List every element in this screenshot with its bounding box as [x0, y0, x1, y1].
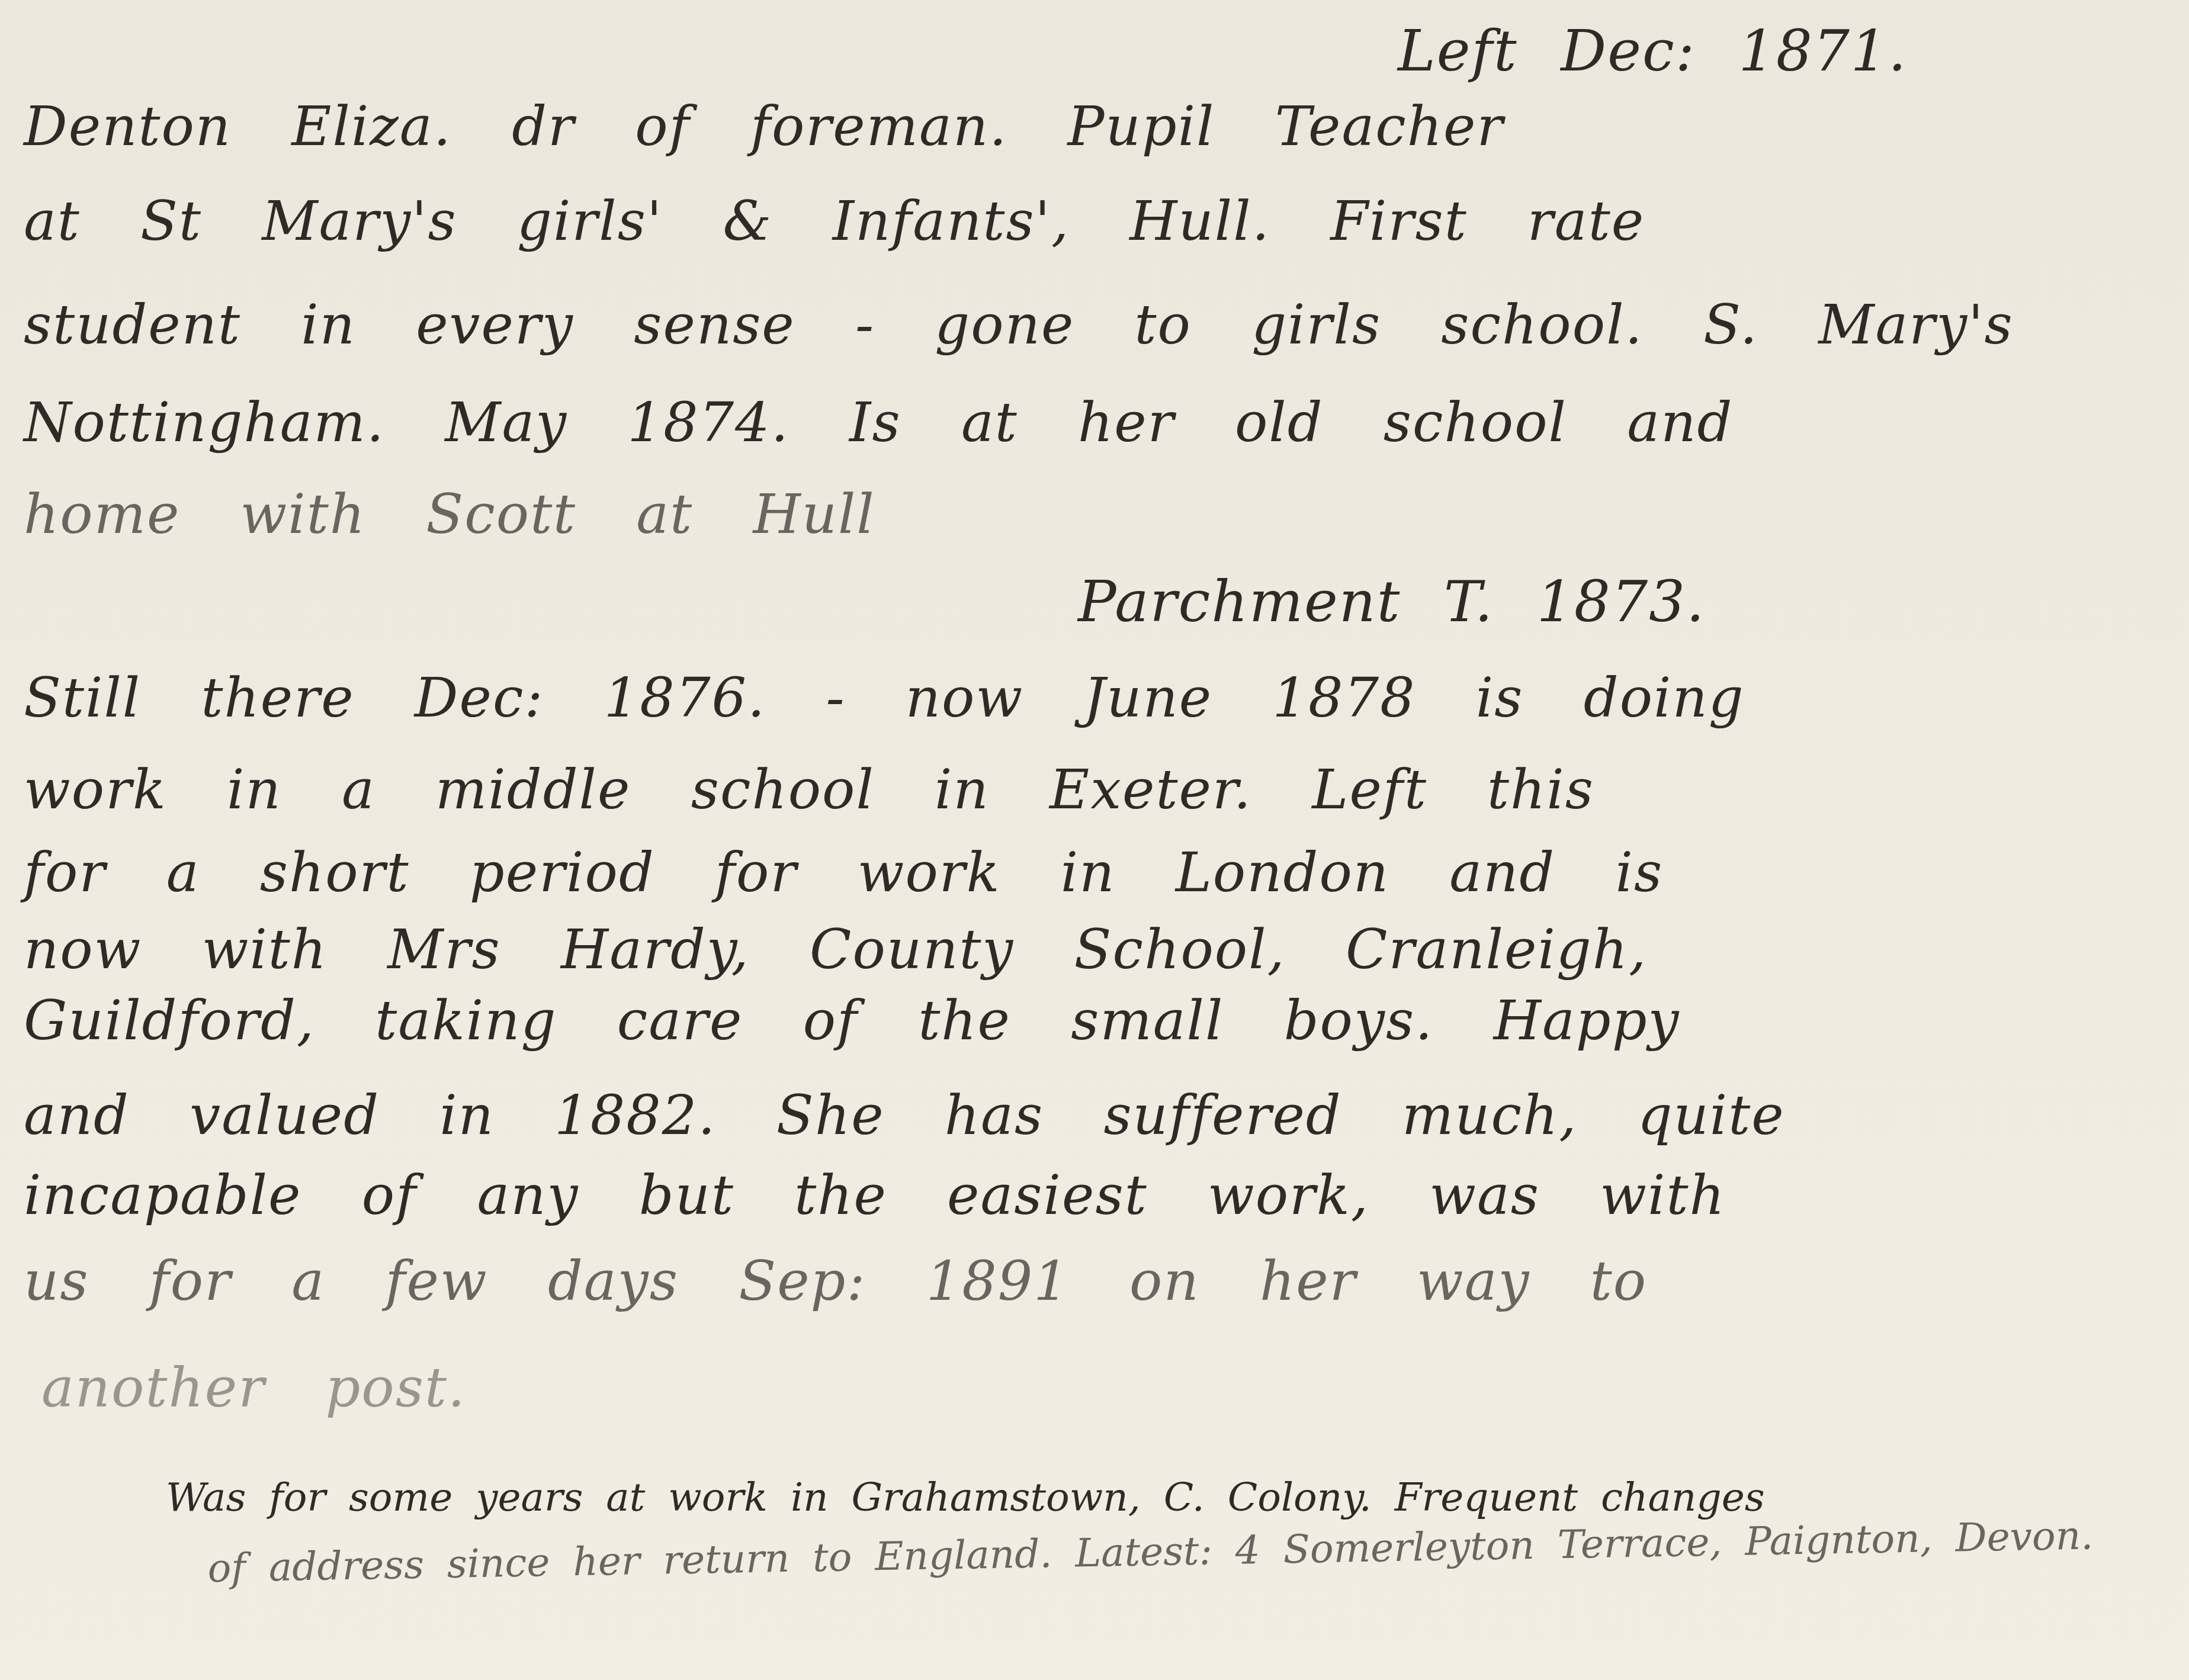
entry-line-2: at St Mary's girls' & Infants', Hull. Fi…	[24, 189, 1645, 253]
entry-line-10: Guildford, taking care of the small boys…	[24, 989, 1680, 1052]
entry-line-8: for a short period for work in London an…	[24, 841, 1663, 904]
left-date-note: Left Dec: 1871.	[1398, 18, 1907, 84]
later-note-line-2: of address since her return to England. …	[207, 1512, 2094, 1591]
entry-line-4: Nottingham. May 1874. Is at her old scho…	[24, 391, 1733, 454]
entry-line-1: Denton Eliza. dr of foreman. Pupil Teach…	[24, 95, 1504, 158]
entry-line-3: student in every sense - gone to girls s…	[24, 293, 2014, 356]
entry-line-9: now with Mrs Hardy, County School, Cranl…	[24, 918, 1647, 981]
parchment-note: Parchment T. 1873.	[1078, 568, 1706, 635]
manuscript-page: Left Dec: 1871. Denton Eliza. dr of fore…	[0, 0, 2189, 1680]
entry-line-7: work in a middle school in Exeter. Left …	[24, 758, 1594, 821]
entry-line-12: incapable of any but the easiest work, w…	[24, 1164, 1726, 1227]
entry-line-14: another post.	[41, 1356, 466, 1419]
entry-line-5: home with Scott at Hull	[24, 483, 875, 546]
entry-line-13: us for a few days Sep: 1891 on her way t…	[24, 1249, 1647, 1313]
entry-line-11: and valued in 1882. She has suffered muc…	[24, 1084, 1785, 1147]
later-note-line-1: Was for some years at work in Grahamstow…	[166, 1475, 1765, 1520]
entry-line-6: Still there Dec: 1876. - now June 1878 i…	[24, 666, 1745, 730]
